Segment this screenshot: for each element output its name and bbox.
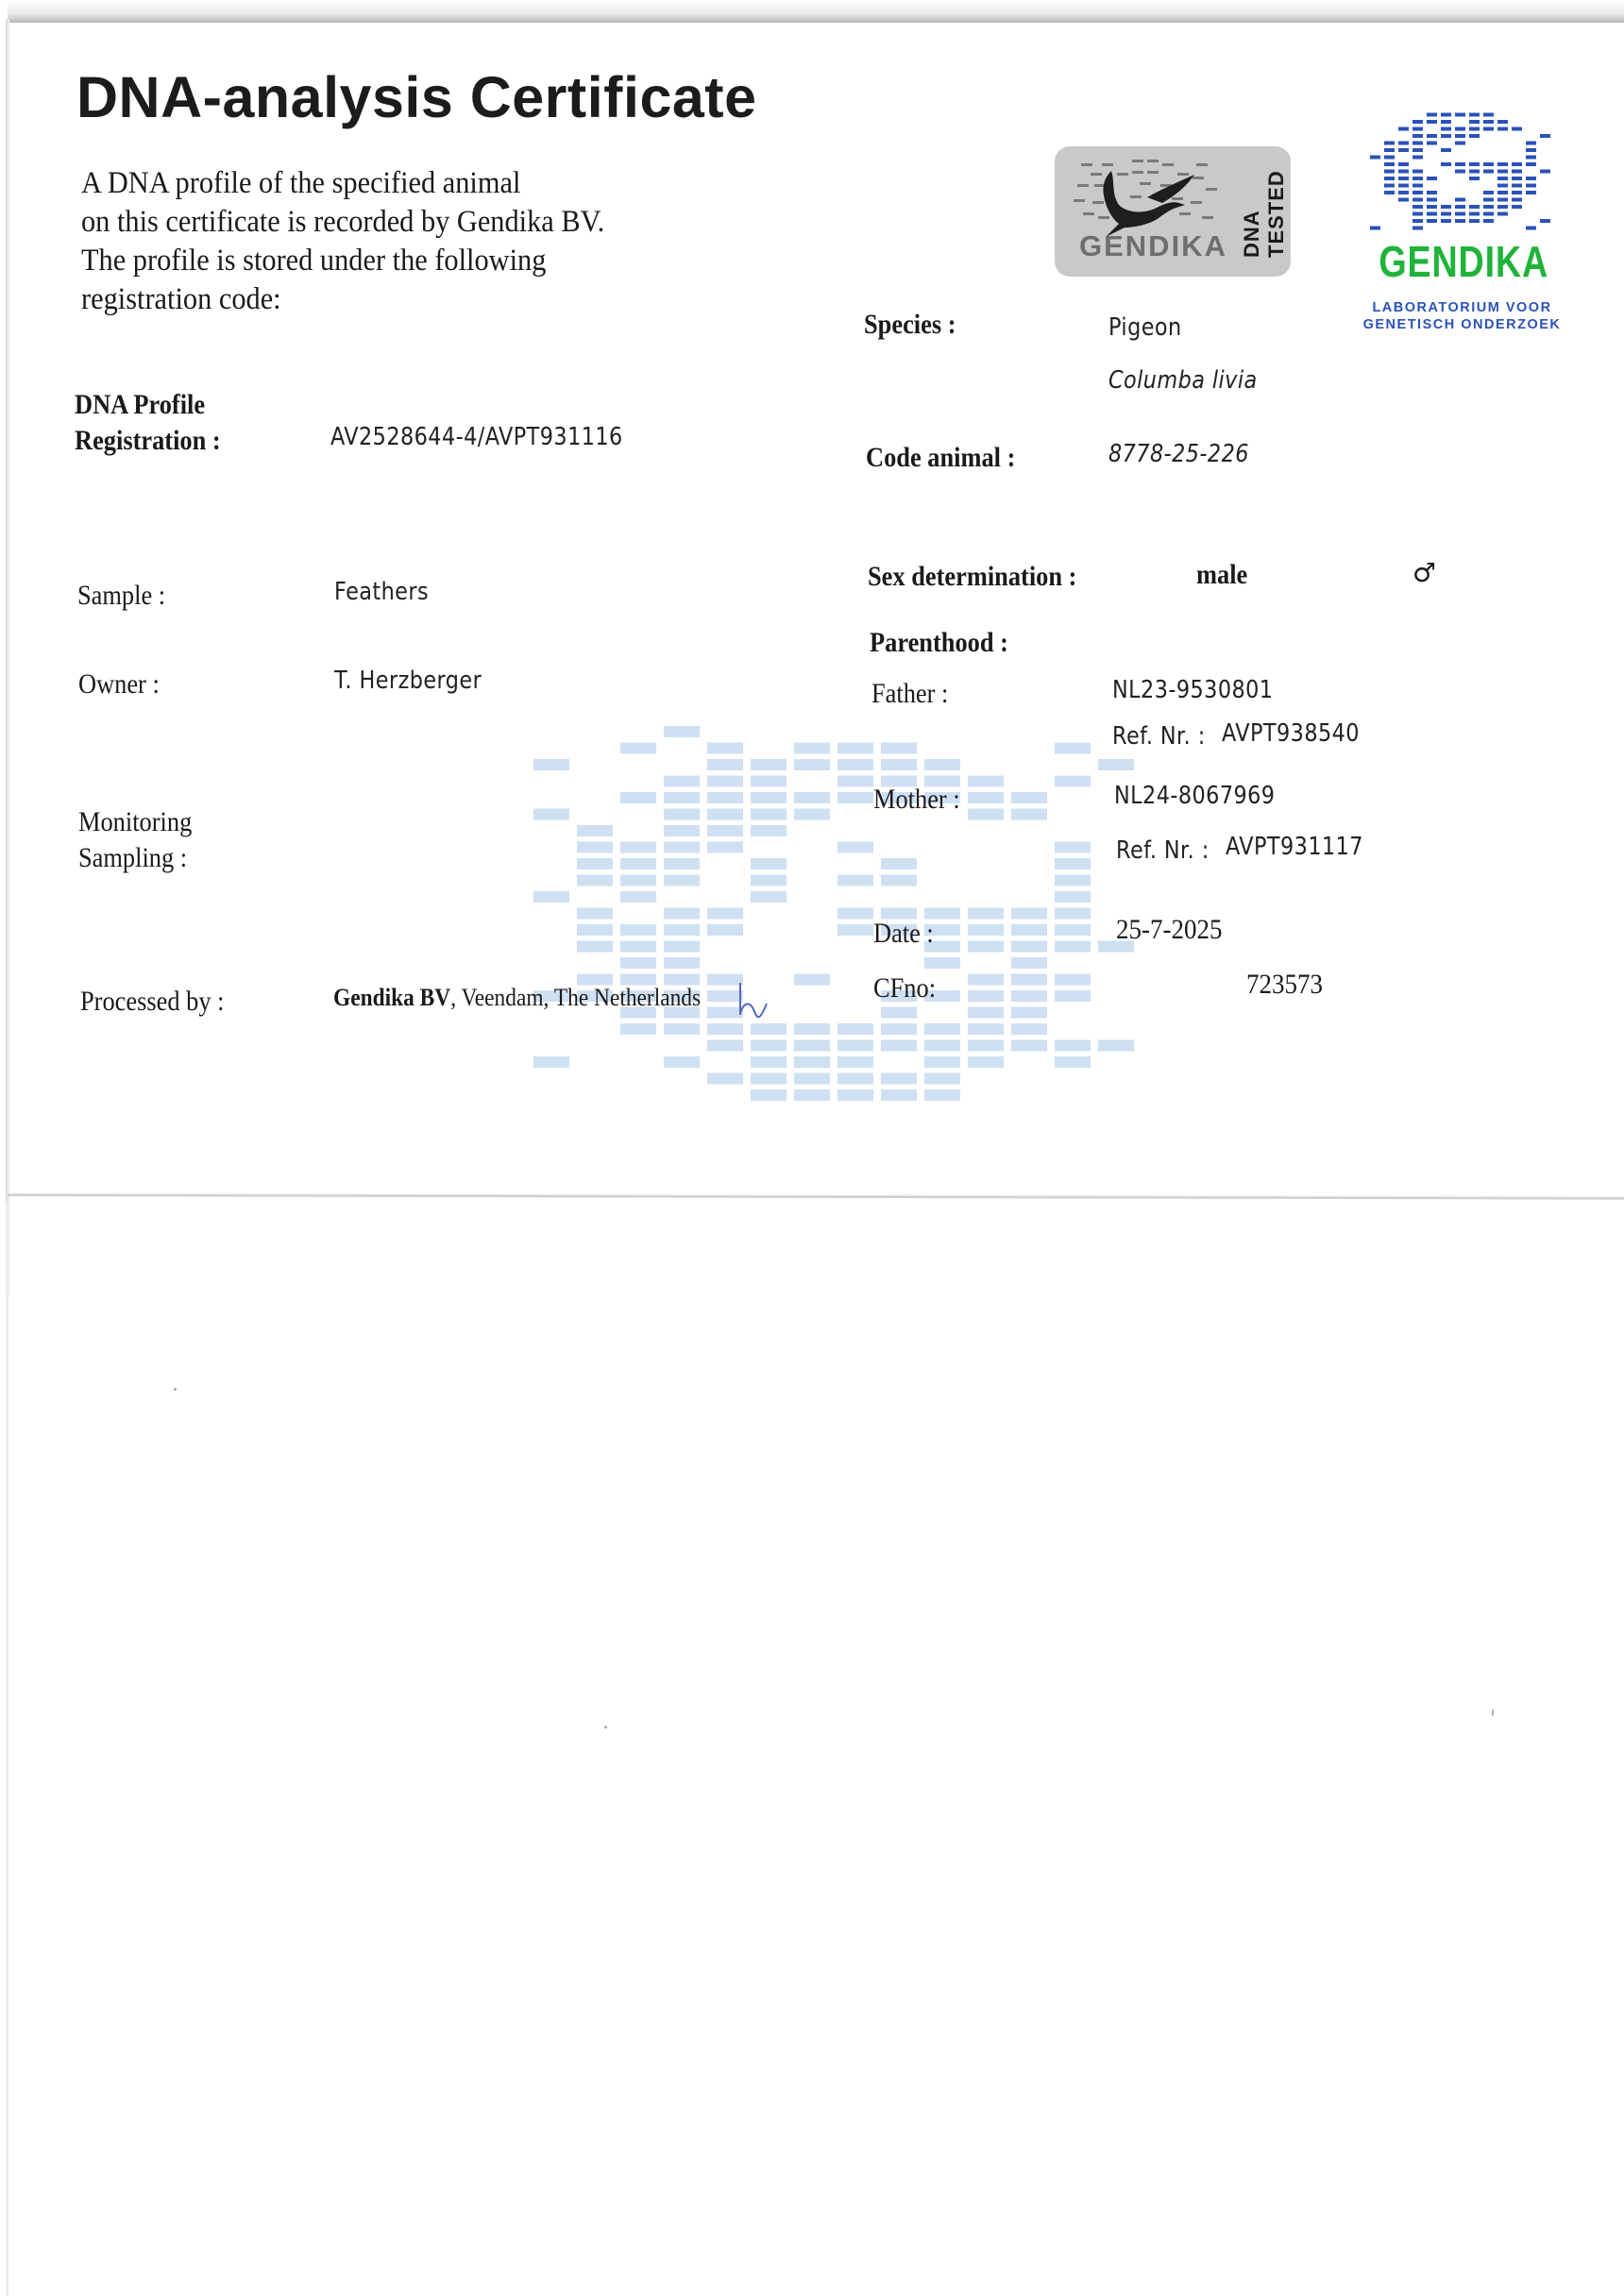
scan-top-edge [8,0,1624,23]
sex-value: male [1196,559,1247,591]
species-latin-value: Columba livia [1108,366,1258,395]
cfno-label: CFno: [873,972,936,1004]
certificate-title: DNA-analysis Certificate [76,64,757,130]
code-animal-label: Code animal : [866,442,1015,474]
gendika-logo: GENDIKA LABORATORIUM VOOR GENETISCH ONDE… [1361,106,1564,361]
code-animal-value: 8778-25-226 [1108,440,1249,468]
processed-by-label: Processed by : [80,986,225,1018]
signature-mark-icon [735,981,772,1028]
mother-label: Mother : [873,784,960,816]
monitoring-label-line2: Sampling : [78,842,187,874]
male-symbol-icon: ♂ [1413,557,1436,588]
dna-watermark-pattern [533,726,1138,1132]
scan-speck [174,1388,177,1391]
parenthood-label: Parenthood : [870,627,1008,659]
badge-brand: GENDIKA [1079,229,1227,263]
processed-by-location: , Veendam, The Netherlands [450,984,701,1011]
mother-ref-value: AVPT931117 [1226,833,1363,861]
father-label: Father : [871,678,948,710]
mother-ring-value: NL24-8067969 [1114,782,1275,810]
registration-label-line1: DNA Profile [75,389,205,421]
monitoring-label-line1: Monitoring [78,806,192,838]
sex-determination-label: Sex determination : [868,561,1076,593]
cfno-value: 723573 [1246,969,1323,1001]
date-label: Date : [873,918,934,950]
gendika-g-mark-icon [1370,106,1554,233]
badge-dna-tested: DNA TESTED [1240,170,1289,258]
scan-left-edge-lower [6,1204,8,2296]
registration-label-line2: Registration : [75,425,221,457]
species-label: Species : [864,309,956,341]
intro-paragraph: A DNA profile of the specified animal on… [81,164,604,319]
logo-tagline-2: GENETISCH ONDERZOEK [1361,317,1564,332]
father-ref-label: Ref. Nr. : [1112,722,1206,751]
intro-line: on this certificate is recorded by Gendi… [81,203,604,242]
sample-label: Sample : [77,580,165,612]
date-value: 25-7-2025 [1116,914,1222,946]
owner-label: Owner : [78,668,160,701]
scan-speck [604,1726,607,1729]
dna-tested-badge: GENDIKA DNA TESTED [1055,146,1291,277]
species-common-value: Pigeon [1108,313,1182,342]
logo-brand: GENDIKA [1379,236,1545,287]
scan-speck [1492,1709,1494,1716]
father-ring-value: NL23-9530801 [1112,676,1273,704]
registration-value: AV2528644-4/AVPT931116 [330,423,623,451]
processed-by-company: Gendika BV [333,984,450,1011]
logo-tagline-1: LABORATORIUM VOOR [1361,300,1564,315]
intro-line: registration code: [81,280,604,319]
owner-value: T. Herzberger [334,667,482,695]
intro-line: A DNA profile of the specified animal [81,164,604,203]
sample-value: Feathers [334,578,429,606]
certificate-bottom-edge [8,1193,1624,1200]
intro-line: The profile is stored under the followin… [81,242,604,280]
certificate: DNA-analysis Certificate A DNA profile o… [9,23,1624,1193]
father-ref-value: AVPT938540 [1222,719,1360,748]
pigeon-silhouette-icon [1074,154,1234,239]
processed-by-value: Gendika BV, Veendam, The Netherlands [333,984,701,1012]
mother-ref-label: Ref. Nr. : [1116,836,1210,865]
